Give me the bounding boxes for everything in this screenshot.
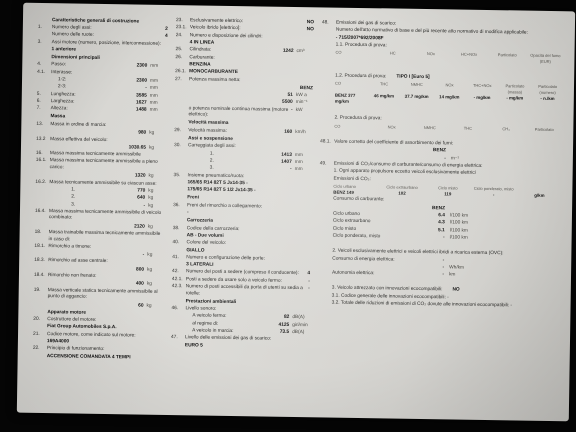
table-cell: CO [335, 81, 368, 92]
row-number: 41. [172, 255, 186, 262]
row-number: 6. [37, 99, 51, 106]
field-value: 1030.65 [129, 145, 146, 152]
field-value: BENZ [406, 148, 446, 155]
field-value: - [405, 235, 445, 242]
table-cell: Particolato [525, 126, 563, 132]
table-cell [517, 186, 563, 192]
row-number: 5. [37, 92, 51, 99]
field-label: Massa trainabile massima tecnicamente am… [48, 230, 164, 245]
field-value: - [143, 253, 145, 260]
row-number: 13. [36, 122, 50, 129]
row-number: 35. [174, 173, 188, 180]
field-value: 82 [284, 315, 289, 322]
field-unit: kW a [296, 93, 313, 100]
field-label: 1. [71, 187, 137, 195]
field-label: Ciclo ponderato, misto [333, 233, 405, 241]
row-number: 16. [36, 151, 50, 158]
field-value: - [404, 272, 444, 279]
table-cell: BENZ 377 mg/km [335, 93, 368, 105]
table-cell: NMHC [411, 124, 449, 130]
field-inline-value: NO [452, 288, 459, 295]
row-number: 19. [34, 288, 48, 295]
field-value: 1413 [281, 152, 292, 159]
row-number: 42. [172, 270, 186, 277]
field-label [48, 254, 142, 255]
field-value: 4 [307, 272, 310, 279]
field-unit: mm [150, 86, 167, 93]
field-label: Numero di posti accessibili da porta di … [186, 284, 309, 299]
field-label [48, 283, 136, 284]
field-label [334, 157, 406, 158]
field-unit: kg [149, 131, 166, 138]
field-label: Altezza: [51, 106, 136, 114]
row-number: 29. [174, 128, 188, 135]
row-number: 42.1. [172, 277, 186, 284]
row-number: 36. [173, 203, 187, 210]
table-cell: HC+NOx [450, 52, 488, 63]
field-value: 1488 [136, 108, 147, 115]
field-value: - [404, 265, 444, 272]
field-value: NO [307, 27, 314, 34]
field-value: 2120 [134, 224, 145, 231]
field-value: - [404, 257, 444, 264]
field-unit: kg [147, 282, 164, 289]
field-value-line: 1 anteriore [37, 47, 167, 56]
field-value-line: EURO 5 [171, 343, 309, 352]
field-unit: l/100 km [450, 221, 468, 228]
field-unit: kg [147, 267, 164, 274]
document-page: Caratteristiche generali di costruzione1… [17, 3, 575, 422]
field-value: 400 [136, 282, 144, 289]
field-value: 1627 [136, 101, 147, 108]
row-number: 47. [171, 335, 185, 342]
field-label [48, 269, 136, 270]
row-number: 16.1. [36, 158, 50, 165]
row-number: 4. [37, 62, 51, 69]
table-cell: - [471, 192, 517, 199]
field-value: BENZ [300, 86, 313, 93]
field-value: 1242 [283, 49, 294, 56]
field-row: 42.3.Numero di posti accessibili da port… [172, 284, 310, 299]
field-value: - [143, 203, 145, 210]
field-row: 19.Massa verticale statica tecnicamente … [34, 288, 164, 303]
field-unit: kW [296, 108, 313, 115]
table-cell: - mg/km [466, 95, 499, 107]
columns-container: Caratteristiche generali di costruzione1… [32, 16, 565, 413]
field-value: 5.1 [405, 227, 445, 234]
field-value: 5500 [282, 100, 293, 107]
table-cell: BENZ 149 [333, 190, 379, 197]
row-number: 16.2. [35, 179, 49, 186]
field-value: 4125 [278, 322, 289, 329]
table-cell: NOx [412, 51, 450, 62]
field-unit: kg [146, 303, 163, 310]
field-label [48, 305, 139, 306]
field-value: 640 [137, 196, 145, 203]
field-value: 160 [284, 130, 292, 137]
field-label: o potenza nominale continua massima (mot… [188, 106, 291, 121]
table-cell: THC [368, 82, 401, 93]
row-number: 26. [175, 55, 189, 62]
row-number: 18.4. [34, 273, 48, 280]
field-label: Massa massima tecnicamente ammissibile a… [50, 159, 166, 174]
row-number: 18.1. [34, 244, 48, 251]
table-cell: - mg/km [498, 95, 531, 107]
field-label [189, 87, 300, 89]
table-cell: NOx [433, 83, 466, 94]
row-number: 23. [176, 18, 190, 25]
table-cell: CO [334, 123, 372, 129]
field-label: 2. [71, 195, 137, 203]
table-cell: NMHC [400, 82, 433, 93]
field-unit: mm [150, 64, 167, 71]
field-unit: mm [150, 79, 167, 86]
field-value: BENZ [405, 205, 445, 212]
field-label: Massa verticale statica tecnicamente amm… [48, 288, 164, 303]
field-value: 51 [287, 93, 292, 100]
field-label: Velocità massima: [188, 128, 284, 136]
field-value: - [291, 108, 293, 115]
field-unit: giri/min [292, 323, 309, 330]
row-number: 42.3. [172, 284, 186, 291]
field-value-line: ACCENSIONE COMANDATA 4 TEMPI [33, 353, 163, 362]
field-value: 770 [137, 188, 145, 195]
row-number: 38. [173, 226, 187, 233]
field-label [189, 102, 282, 103]
row-number: 40. [172, 240, 186, 247]
row-number: 21. [33, 332, 47, 339]
field-unit: dB(A) [292, 330, 309, 337]
column-caratteristiche: Caratteristiche generali di costruzione1… [32, 16, 168, 407]
row-number: 7. [37, 106, 51, 113]
table-cell: Ciclo extraurbano [379, 184, 425, 190]
row-number: 30. [174, 143, 188, 150]
table-cell: 14 mg/km [433, 94, 466, 106]
field-value: 1320 [135, 174, 146, 181]
field-value: 800 [136, 267, 144, 274]
column-emissioni: 48.Emissioni dei gas di scarico:Numero d… [316, 20, 565, 413]
row-number: 18. [35, 230, 49, 237]
field-label [333, 207, 405, 208]
field-unit: l/100 km [450, 235, 468, 242]
field-value: NO [307, 20, 314, 27]
field-label: Consumo di energia elettrica: [332, 256, 404, 264]
table-cell: 119 [425, 191, 471, 198]
field-value: 6.4 [405, 213, 445, 220]
field-unit: kg [148, 196, 165, 203]
table-cell: Ciclo urbano [333, 183, 379, 189]
row-number: 20. [33, 317, 47, 324]
field-row: o potenza nominale continua massima (mot… [174, 106, 312, 121]
field-label [50, 132, 138, 133]
row-number: 25. [175, 47, 189, 54]
field-unit: km/h [295, 130, 312, 137]
field-unit: kg [149, 146, 166, 153]
field-unit: mm [150, 93, 167, 100]
table-cell: NOx [372, 124, 410, 130]
field-unit: mm [295, 167, 312, 174]
row-number: 23.1. [176, 25, 190, 32]
field-unit: mm [295, 160, 312, 167]
row-number: 16.4. [35, 209, 49, 216]
table-cell: Ciclo ponderato, misto [471, 186, 517, 192]
table-cell: HC [374, 50, 412, 61]
table-cell: Ciclo misto [425, 185, 471, 191]
field-value: 2 [165, 27, 168, 34]
field-row: 16.4.Massa massima tecnicamente ammissib… [35, 209, 165, 224]
field-value: 980 [138, 131, 146, 138]
field-unit: l/100 km [450, 228, 468, 235]
field-unit: kg [148, 224, 165, 231]
field-unit: kg [148, 189, 165, 196]
row-number: 18.3. [34, 258, 48, 265]
field-value: 60 [138, 303, 143, 310]
row-number: 24. [176, 33, 190, 40]
field-value: 1407 [281, 160, 292, 167]
field-unit: kg [148, 174, 165, 181]
field-row: 60kg [33, 301, 163, 310]
field-unit: kg [148, 203, 165, 210]
field-unit: cm³ [296, 49, 313, 56]
field-value: - [290, 167, 292, 174]
field-unit: km [449, 273, 456, 280]
row-number: 13.2 [36, 136, 50, 143]
field-label: 1.2. Procedura di prova: [335, 74, 386, 81]
field-label [49, 226, 134, 227]
table-cell: 102 [379, 191, 425, 198]
field-unit: Wh/km [449, 265, 464, 272]
field-value: - [406, 155, 446, 162]
field-unit: m⁻¹ [451, 156, 459, 163]
field-inline-value: TIPO I [Euro 5] [396, 75, 429, 82]
field-label [50, 175, 135, 176]
field-label: Massa massima tecnicamente ammissibile d… [49, 209, 165, 224]
field-value: 4.3 [405, 220, 445, 227]
row-number: 3. [38, 40, 52, 47]
scanned-document-scene: Caratteristiche generali di costruzione1… [0, 0, 576, 432]
row-number: 48.1. [320, 139, 334, 146]
table-cell: THC+NOx [466, 83, 499, 94]
row-number: 49. [320, 161, 334, 168]
row-number: 22. [33, 346, 47, 353]
field-label: Autonomia elettrica: [332, 271, 404, 279]
table-cell: 37.7 mg/km [400, 94, 433, 106]
row-number: 46. [171, 306, 185, 313]
field-unit: mm [150, 101, 167, 108]
field-value: 73.5 [280, 330, 289, 337]
field-row: 16.1.Massa massima tecnicamente ammissib… [36, 158, 166, 173]
field-unit: l/100 km [450, 213, 468, 220]
table-cell: CH₄ [487, 126, 525, 132]
table-cell: THC [449, 125, 487, 131]
field-unit: kg [147, 253, 164, 260]
field-value: 4 [165, 34, 168, 41]
field-value: - [308, 279, 310, 286]
field-label [50, 147, 129, 148]
field-label [189, 94, 288, 96]
table-cell: Particolato (numero) [531, 84, 564, 95]
table-cell: Opacità del fumo (EUR) [526, 53, 564, 64]
row-number: 4.1. [37, 70, 51, 77]
table-cell: - n./km [531, 96, 564, 108]
field-value: - [308, 286, 310, 293]
table-cell: Particolato (massa) [498, 84, 531, 95]
field-unit: dB(A) [292, 315, 309, 322]
table-cell: CO [335, 50, 373, 61]
row-number: 26.1. [175, 69, 189, 76]
field-row: 18.Massa trainabile massima tecnicamente… [34, 230, 164, 245]
column-motore-carrozzeria: 23.Esclusivamente elettrico:NO23.1.Veico… [170, 18, 314, 409]
row-number: 1. [38, 25, 52, 32]
field-unit: min⁻¹ [296, 100, 313, 107]
row-number: 48. [322, 20, 336, 27]
field-unit: mm [150, 108, 167, 115]
field-label [332, 266, 404, 267]
field-value: - [145, 86, 147, 93]
table-cell: 46 mg/km [367, 93, 400, 105]
field-unit: mm [295, 153, 312, 160]
field-value: 2300 [137, 64, 148, 71]
table-cell: Particolato [488, 52, 526, 63]
field-value: 3585 [136, 93, 147, 100]
field-label [334, 150, 406, 151]
field-value: 2300 [136, 79, 147, 86]
table-cell: g/km [516, 193, 562, 200]
row-number: 27. [175, 77, 189, 84]
